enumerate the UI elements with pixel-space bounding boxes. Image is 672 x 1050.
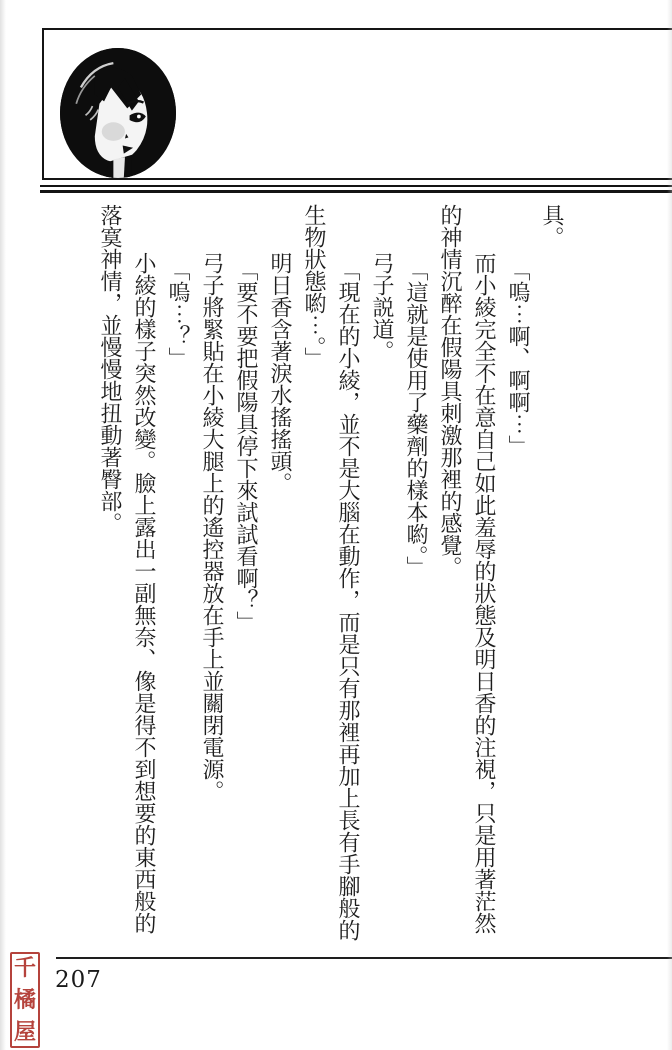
paragraph: 而小綾完全不在意自己如此羞辱的狀態及明日香的注視，只是用著茫然的神情沉醉在假陽具… [432,204,500,946]
seal-character: 橘 [14,989,36,1011]
paragraph: 小綾的樣子突然改變。臉上露出一副無奈、像是得不到想要的東西般的落寞神情，並慢慢地… [92,204,160,946]
paragraph: 「現在的小綾，並不是大腦在動作，而是只有那裡再加上長有手腳般的生物狀態喲︙。」 [296,204,364,946]
book-page: 具。「嗚︙啊、啊啊︙」而小綾完全不在意自己如此羞辱的狀態及明日香的注視，只是用著… [0,0,672,1050]
novel-text: 具。「嗚︙啊、啊啊︙」而小綾完全不在意自己如此羞辱的狀態及明日香的注視，只是用著… [88,204,568,946]
paragraph: 「這就是使用了藥劑的樣本喲。」 [398,204,432,946]
publisher-seal: 千橘屋 [10,952,40,1048]
portrait-image [60,48,176,178]
header-box [42,28,672,180]
paragraph: 明日香含著淚水搖搖頭。 [262,204,296,946]
page-number: 207 [55,967,102,993]
anime-face-illustration [60,48,176,178]
footer-divider [56,957,672,959]
seal-character: 千 [14,957,36,979]
paragraph: 具。 [534,204,568,946]
paragraph: 「要不要把假陽具停下來試試看啊？」 [228,204,262,946]
paragraph: 弓子説道。 [364,204,398,946]
header-divider [40,185,672,193]
paragraph: 「嗚︙啊、啊啊︙」 [500,204,534,946]
paragraph: 弓子將緊貼在小綾大腿上的遙控器放在手上並關閉電源。 [194,204,228,946]
seal-character: 屋 [14,1021,36,1043]
paragraph: 「嗚︙？」 [160,204,194,946]
